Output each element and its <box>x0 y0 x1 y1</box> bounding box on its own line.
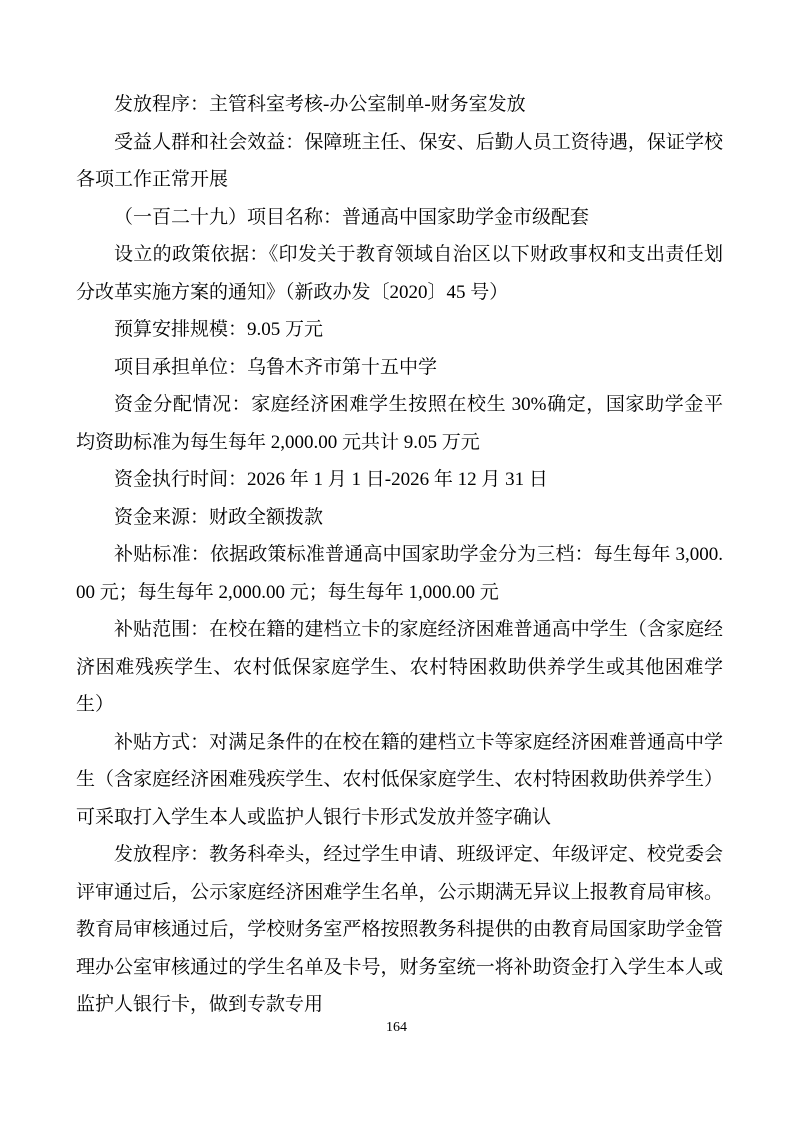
paragraph-undertaking-unit: 项目承担单位：乌鲁木齐市第十五中学 <box>76 349 723 387</box>
paragraph-project-name: （一百二十九）项目名称：普通高中国家助学金市级配套 <box>76 199 723 237</box>
paragraph-distribution-procedure-2: 发放程序：教务科牵头，经过学生申请、班级评定、年级评定、校党委会评审通过后，公示… <box>76 836 723 1024</box>
document-page: 发放程序：主管科室考核-办公室制单-财务室发放 受益人群和社会效益：保障班主任、… <box>0 0 793 1122</box>
paragraph-subsidy-standard: 补贴标准：依据政策标准普通高中国家助学金分为三档：每生每年 3,000.00 元… <box>76 536 723 611</box>
paragraph-subsidy-method: 补贴方式：对满足条件的在校在籍的建档立卡等家庭经济困难普通高中学生（含家庭经济困… <box>76 724 723 837</box>
document-body: 发放程序：主管科室考核-办公室制单-财务室发放 受益人群和社会效益：保障班主任、… <box>76 86 723 1024</box>
paragraph-execution-time: 资金执行时间：2026 年 1 月 1 日-2026 年 12 月 31 日 <box>76 461 723 499</box>
paragraph-distribution-procedure: 发放程序：主管科室考核-办公室制单-财务室发放 <box>76 86 723 124</box>
paragraph-fund-source: 资金来源：财政全额拨款 <box>76 499 723 537</box>
paragraph-policy-basis: 设立的政策依据：《印发关于教育领域自治区以下财政事权和支出责任划分改革实施方案的… <box>76 236 723 311</box>
paragraph-subsidy-scope: 补贴范围：在校在籍的建档立卡的家庭经济困难普通高中学生（含家庭经济困难残疾学生、… <box>76 611 723 724</box>
page-number: 164 <box>0 1018 793 1038</box>
paragraph-fund-allocation: 资金分配情况：家庭经济困难学生按照在校生 30%确定，国家助学金平均资助标准为每… <box>76 386 723 461</box>
paragraph-budget-scale: 预算安排规模：9.05 万元 <box>76 311 723 349</box>
paragraph-beneficiaries: 受益人群和社会效益：保障班主任、保安、后勤人员工资待遇，保证学校各项工作正常开展 <box>76 124 723 199</box>
